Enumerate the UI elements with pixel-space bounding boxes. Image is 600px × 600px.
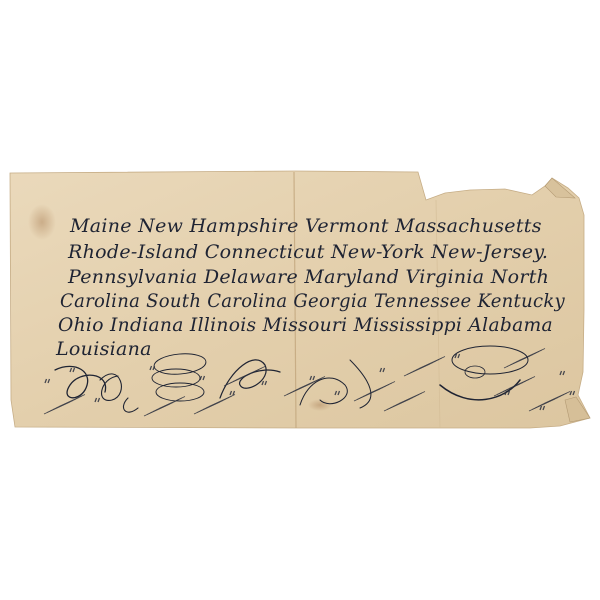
stain [28, 204, 56, 240]
handwriting-line-3: Pennsylvania Delaware Maryland Virginia … [67, 266, 549, 288]
stain [308, 399, 332, 411]
handwriting-line-5: Ohio Indiana Illinois Missouri Mississip… [58, 314, 553, 336]
handwriting-line-4: Carolina South Carolina Georgia Tennesse… [60, 290, 565, 312]
document-photo: Maine New Hampshire Vermont Massachusett… [0, 0, 600, 600]
handwriting-line-1: Maine New Hampshire Vermont Massachusett… [69, 215, 542, 237]
handwriting-line-2: Rhode-Island Connecticut New-York New-Je… [67, 241, 548, 263]
handwriting-line-6: Louisiana [55, 338, 152, 360]
